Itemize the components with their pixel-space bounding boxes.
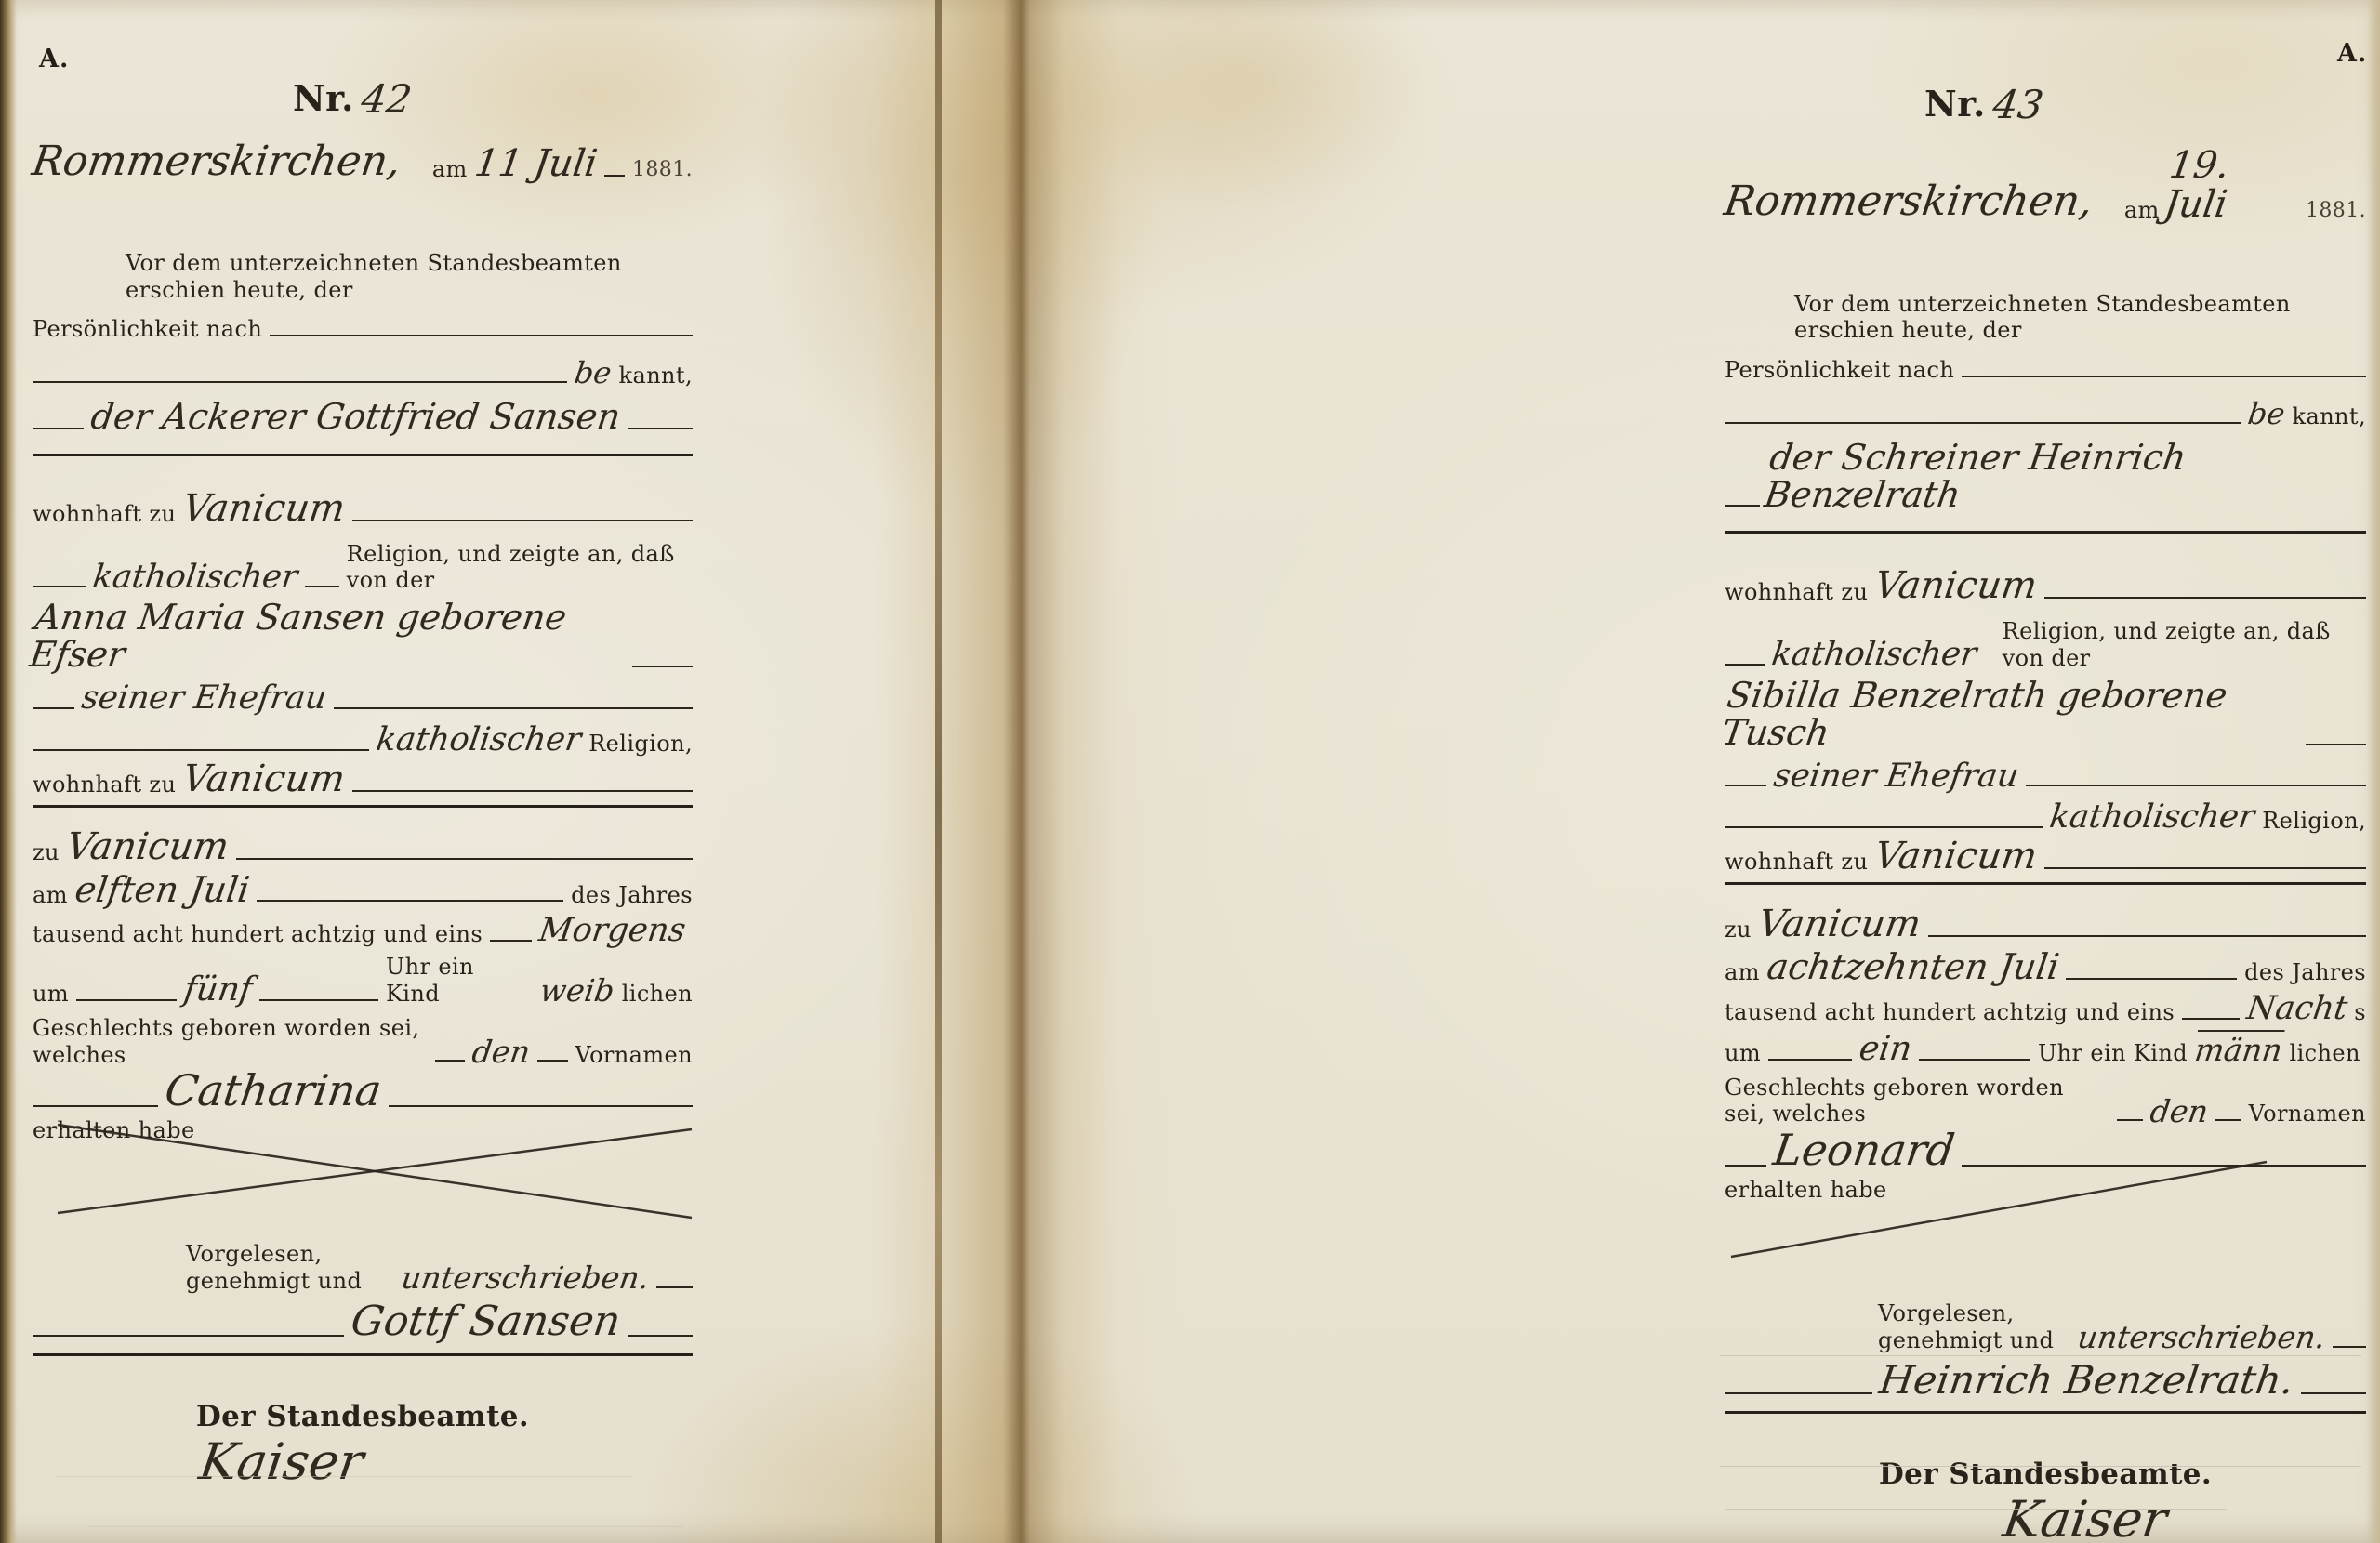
scan-artifact-line [1720, 1466, 2361, 1467]
scan-artifact-line [1720, 1355, 2361, 1356]
scan-artifact-line [1725, 1509, 2227, 1510]
cancellation-lines [0, 0, 2380, 1543]
scan-artifact-line [56, 1476, 632, 1477]
scan-artifact-line [88, 1526, 683, 1527]
birth-register-scan: A. A. Nr. 42 Rommerskirchen, am 11 Juli … [0, 0, 2380, 1543]
